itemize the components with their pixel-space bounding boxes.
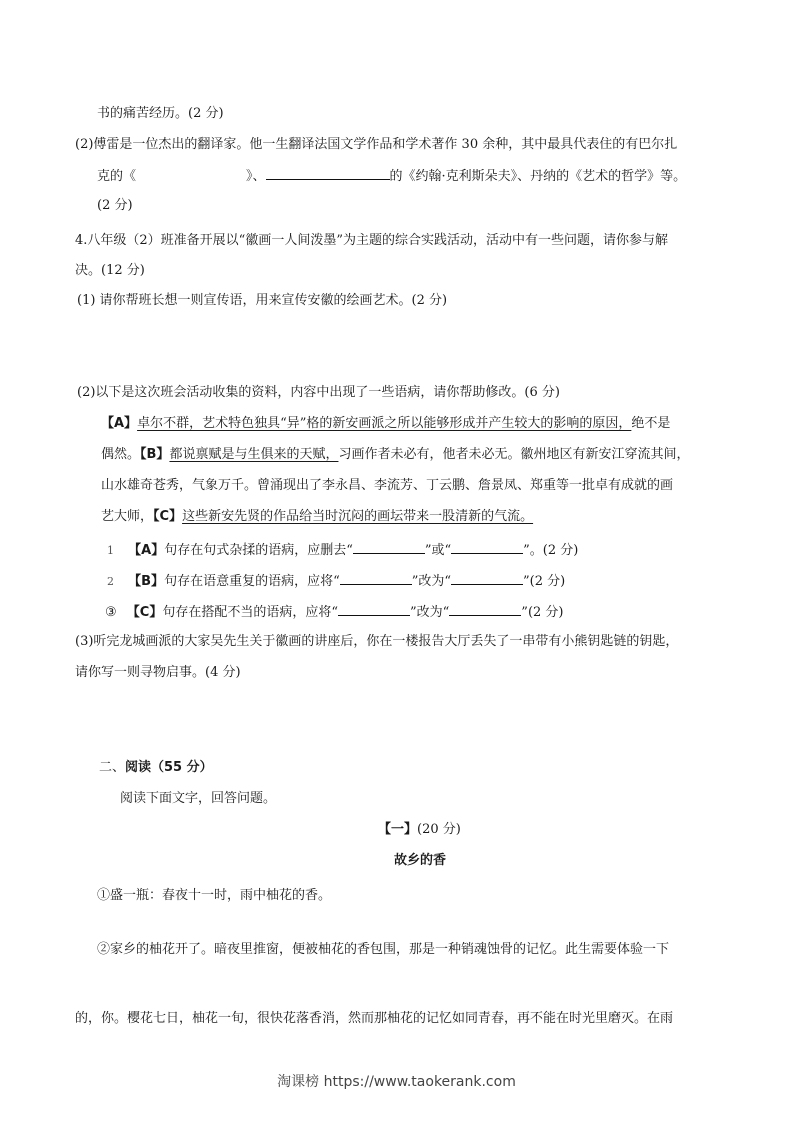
blank-c1[interactable]: [338, 603, 410, 616]
item-mid: ”改为“: [410, 605, 449, 620]
q2-score: (2 分): [97, 198, 133, 214]
tag-a: 【A】: [101, 416, 137, 431]
item-tag: 【C】: [127, 605, 163, 620]
blank-b1[interactable]: [340, 572, 412, 585]
paragraph-2-line1: ②家乡的柚花开了。暗夜里推窗，便被柚花的香包围，那是一种销魂蚀骨的记忆。此生需要…: [97, 942, 669, 958]
q2-book-close: 》、: [246, 169, 266, 184]
q2-line2: 克的《》、的《约翰·克利斯朵夫》、丹纳的《艺术的哲学》等。: [97, 167, 686, 185]
passage-line1: 【A】卓尔不群，艺术特色独具“异”格的新安画派之所以能够形成并产生较大的影响的原…: [101, 416, 670, 432]
correction-item-a: 1 【A】句存在句式杂揉的语病，应删去“”或“”。(2 分): [107, 541, 578, 559]
tag-c: 【C】: [153, 509, 182, 524]
paragraph-2-line2: 的，你。樱花七日，柚花一旬，很快花落香消，然而那柚花的记忆如同青春，再不能在时光…: [75, 1011, 673, 1027]
item-end: ”。(2 分): [523, 543, 578, 558]
footer-watermark: 淘课榜 https://www.taokerank.com: [0, 1071, 793, 1091]
item-number: 2: [107, 575, 114, 588]
q4-intro-line1: 4.八年级（2）班准备开展以“徽画一人间泼墨”为主题的综合实践活动，活动中有一些…: [75, 233, 668, 249]
q1-continuation: 书的痛苦经历。(2 分): [97, 106, 224, 122]
item-tag: 【A】: [128, 543, 164, 558]
q2-line2-rest: 的《约翰·克利斯朵夫》、丹纳的《艺术的哲学》等。: [390, 169, 687, 184]
item-end: ”(2 分): [521, 605, 563, 620]
item-mid: ”改为“: [412, 574, 451, 589]
q4-sub1: (1) 请你帮班长想一则宣传语，用来宣传安徽的绘画艺术。(2 分): [77, 293, 447, 309]
q4-sub3-line2: 请你写一则寻物启事。(4 分): [75, 665, 241, 681]
blank-a1[interactable]: [353, 541, 425, 554]
passage-line2-tail: 习画作者未必有，他者未必无。徽州地区有新安江穿流其间，: [338, 447, 689, 462]
part-label: 【一】(20 分): [378, 822, 461, 838]
q4-sub3-line1: (3)听完龙城画派的大家吴先生关于徽画的讲座后，你在一楼报告大厅丢失了一串带有小…: [75, 634, 678, 650]
passage-title: 故乡的香: [394, 853, 446, 869]
q2-book-open: 克的《: [97, 169, 136, 184]
passage-line2: 偶然。【B】都说禀赋是与生俱来的天赋，习画作者未必有，他者未必无。徽州地区有新安…: [101, 447, 689, 463]
item-number: ③: [105, 605, 117, 620]
blank-a2[interactable]: [451, 541, 523, 554]
paragraph-1: ①盛一瓶：春夜十一时，雨中柚花的香。: [97, 888, 331, 904]
q4-sub2-prompt: (2)以下是这次班会活动收集的资料，内容中出现了一些语病，请你帮助修改。(6 分…: [77, 385, 560, 401]
reading-instruction: 阅读下面文字，回答问题。: [120, 791, 276, 807]
tag-b: 【B】: [140, 447, 169, 462]
q2-line1: (2)傅雷是一位杰出的翻译家。他一生翻译法国文学作品和学术著作 30 余种，其中…: [75, 137, 677, 153]
sentence-a: 卓尔不群，艺术特色独具“异”格的新安画派之所以能够形成并产生较大的影响的原因，: [137, 416, 631, 431]
correction-item-b: 2 【B】句存在语意重复的语病，应将“”改为“”(2 分): [107, 572, 565, 590]
item-text: 句存在搭配不当的语病，应将“: [162, 605, 338, 620]
sentence-b: 都说禀赋是与生俱来的天赋，: [169, 447, 338, 462]
passage-line3: 山水雄奇苍秀，气象万千。曾涌现出了李永昌、李流芳、丁云鹏、詹景凤、郑重等一批卓有…: [101, 478, 673, 494]
blank-c2[interactable]: [449, 603, 521, 616]
correction-item-c: ③ 【C】句存在搭配不当的语病，应将“”改为“”(2 分): [105, 603, 564, 621]
item-number: 1: [107, 544, 114, 557]
item-end: ”(2 分): [523, 574, 565, 589]
passage-line4-head: 艺大师，: [101, 509, 153, 524]
section-number: 二、: [99, 760, 125, 775]
part-tag: 【一】: [378, 822, 417, 837]
item-mid: ”或“: [425, 543, 451, 558]
item-text: 句存在语意重复的语病，应将“: [164, 574, 340, 589]
item-tag: 【B】: [128, 574, 164, 589]
passage-line2-head: 偶然。: [101, 447, 140, 462]
sentence-c: 这些新安先贤的作品给当时沉闷的画坛带来一股清新的气流。: [182, 509, 533, 524]
blank-b2[interactable]: [451, 572, 523, 585]
part-score: (20 分): [417, 822, 461, 837]
passage-line1-tail: 绝不是: [631, 416, 670, 431]
passage-line4: 艺大师，【C】这些新安先贤的作品给当时沉闷的画坛带来一股清新的气流。: [101, 509, 533, 525]
section-title: 阅读（55 分）: [125, 760, 213, 775]
q4-intro-line2: 决。(12 分): [75, 263, 145, 279]
reading-heading: 二、阅读（55 分）: [99, 760, 213, 776]
q2-blank-author[interactable]: [266, 167, 390, 180]
item-text: 句存在句式杂揉的语病，应删去“: [164, 543, 353, 558]
